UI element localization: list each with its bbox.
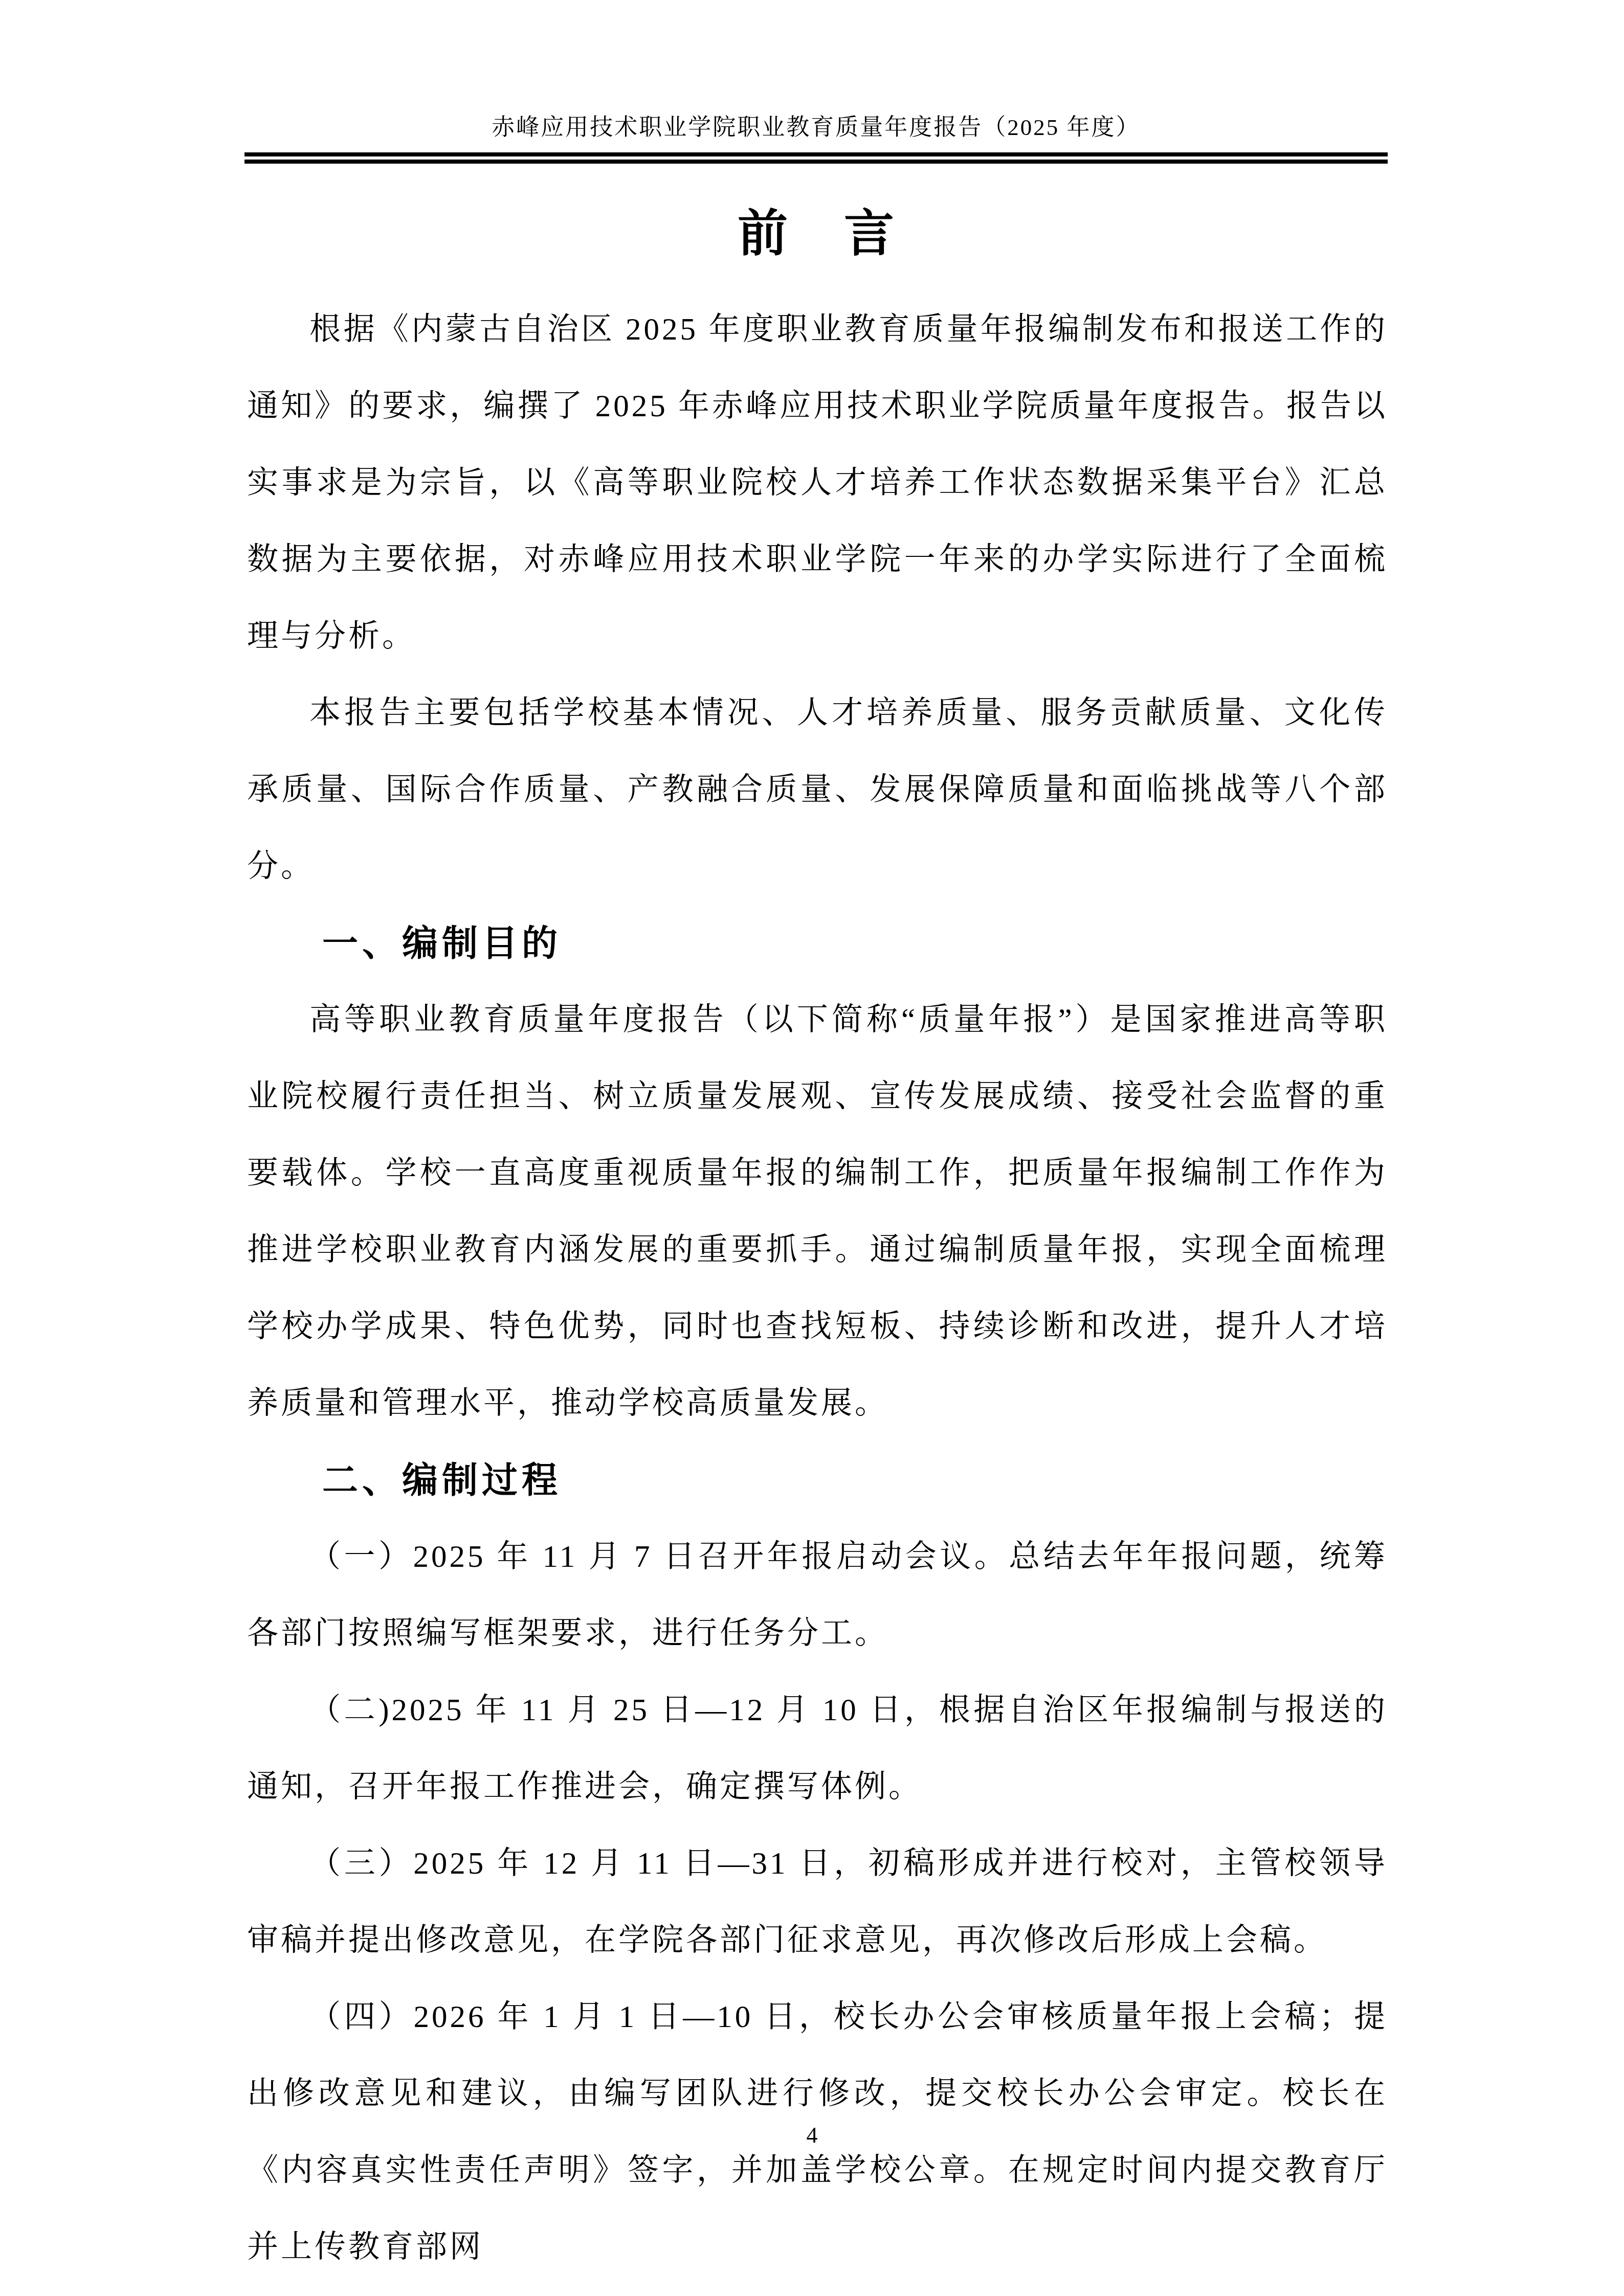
paragraph-intro-basis: 根据《内蒙古自治区 2025 年度职业教育质量年报编制发布和报送工作的通知》的要… xyxy=(247,291,1388,675)
document-body: 前 言 根据《内蒙古自治区 2025 年度职业教育质量年报编制发布和报送工作的通… xyxy=(247,195,1388,2286)
page-footer: 4 xyxy=(0,2121,1624,2150)
running-header-title: 赤峰应用技术职业学院职业教育质量年度报告（2025 年度） xyxy=(244,114,1388,141)
paragraph-report-structure: 本报告主要包括学校基本情况、人才培养质量、服务贡献质量、文化传承质量、国际合作质… xyxy=(247,675,1388,905)
running-header: 赤峰应用技术职业学院职业教育质量年度报告（2025 年度） xyxy=(244,114,1388,164)
paragraph-process-step-3: （三）2025 年 12 月 11 日—31 日，初稿形成并进行校对，主管校领导… xyxy=(247,1826,1388,1979)
section-heading-purpose: 一、编制目的 xyxy=(247,905,1388,982)
section-heading-process: 二、编制过程 xyxy=(247,1442,1388,1519)
page-number: 4 xyxy=(807,2123,818,2148)
paragraph-purpose-body: 高等职业教育质量年度报告（以下简称“质量年报”）是国家推进高等职业院校履行责任担… xyxy=(247,982,1388,1442)
document-page: 赤峰应用技术职业学院职业教育质量年度报告（2025 年度） 前 言 根据《内蒙古… xyxy=(0,0,1624,2296)
header-double-rule xyxy=(244,152,1388,164)
paragraph-process-step-2: （二)2025 年 11 月 25 日—12 月 10 日，根据自治区年报编制与… xyxy=(247,1672,1388,1826)
paragraph-process-step-1: （一）2025 年 11 月 7 日召开年报启动会议。总结去年年报问题，统筹各部… xyxy=(247,1519,1388,1672)
document-title: 前 言 xyxy=(247,195,1388,272)
